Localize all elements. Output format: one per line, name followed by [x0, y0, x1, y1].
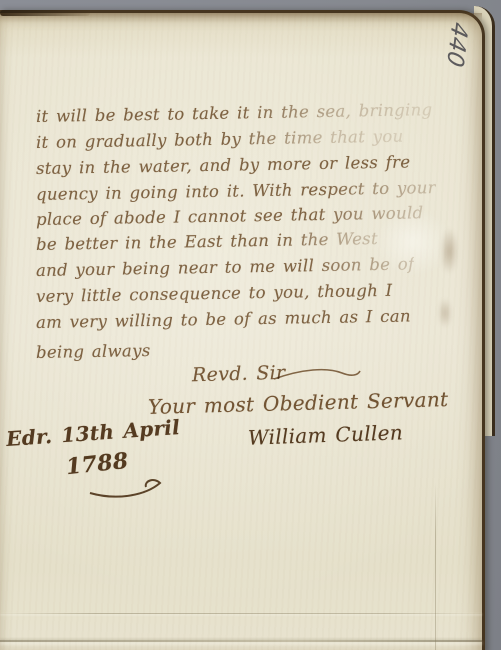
- letter-line: stay in the water, and by more or less f…: [36, 152, 411, 178]
- letter-line: very little consequence to you, though I: [36, 281, 393, 306]
- paper-stain: [440, 228, 458, 274]
- letter-line: being always: [36, 341, 151, 362]
- letter-line: it on gradually both by the time that yo…: [36, 127, 404, 152]
- paper-crease: [0, 640, 482, 642]
- closing-valediction: Your most Obedient Servant: [148, 387, 449, 419]
- manuscript-photo: it will be best to take it in the sea, b…: [0, 0, 501, 650]
- signature: William Cullen: [248, 420, 404, 449]
- letter-line: place of abode I cannot see that you wou…: [36, 203, 424, 229]
- paper-stain: [438, 298, 452, 328]
- paper-crease: [435, 483, 436, 650]
- letter-line: it will be best to take it in the sea, b…: [36, 100, 433, 126]
- letter-line: be better in the East than in the West: [36, 229, 378, 254]
- paper-crease: [0, 613, 482, 614]
- ink-flourish: [88, 475, 178, 501]
- letter-line: am very willing to be of as much as I ca…: [36, 306, 411, 332]
- closing-salutation: Revd. Sir: [192, 362, 286, 386]
- dateline-place: Edr. 13th April: [5, 415, 180, 451]
- letter-line: quency in going into it. With respect to…: [36, 178, 436, 204]
- letter-line: and your being near to me will soon be o…: [36, 254, 415, 280]
- folio-number: 440: [441, 19, 472, 69]
- page-edge-stain: [0, 10, 90, 16]
- letter-page: it will be best to take it in the sea, b…: [0, 10, 485, 650]
- dateline-year: 1788: [65, 448, 130, 480]
